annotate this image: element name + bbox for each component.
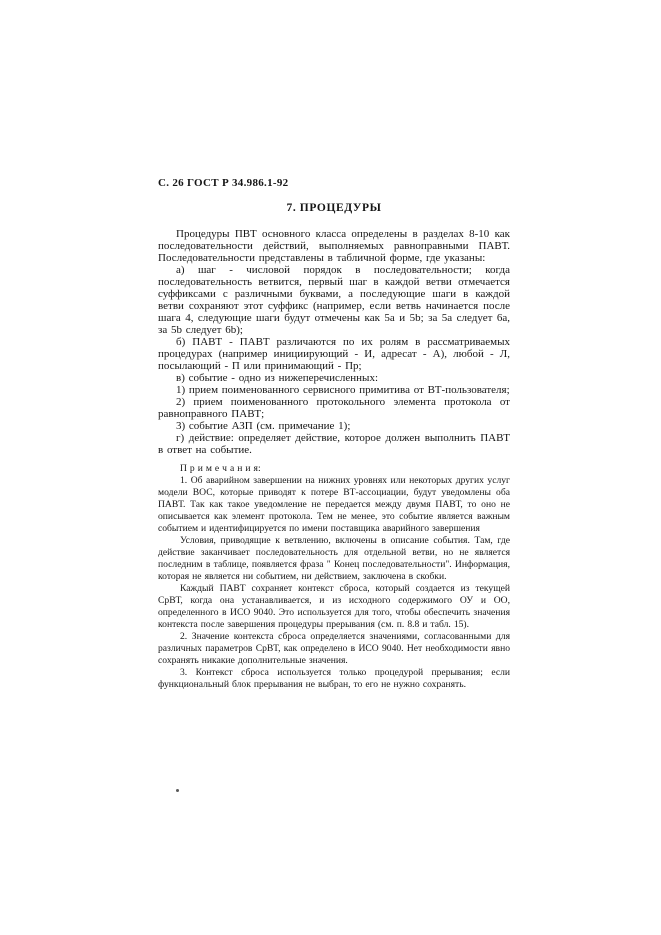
body-text: Процедуры ПВТ основного класса определен… (158, 228, 510, 456)
notes-section: П р и м е ч а н и я: 1. Об аварийном зав… (158, 463, 510, 691)
running-header: С. 26 ГОСТ Р 34.986.1-92 (158, 177, 510, 189)
paragraph-subitem-2: 2) прием поименованного протокольного эл… (158, 396, 510, 420)
paragraph-item-b: б) ПАВТ - ПАВТ различаются по их ролям в… (158, 336, 510, 372)
text-column: С. 26 ГОСТ Р 34.986.1-92 7. ПРОЦЕДУРЫ Пр… (158, 177, 510, 691)
note-1-continued: Условия, приводящие к ветвлению, включен… (158, 535, 510, 583)
note-2: 2. Значение контекста сброса определяетс… (158, 631, 510, 667)
notes-label: П р и м е ч а н и я: (158, 463, 510, 475)
section-title: 7. ПРОЦЕДУРЫ (158, 202, 510, 214)
paragraph-item-g: г) действие: определяет действие, которо… (158, 432, 510, 456)
note-1: 1. Об аварийном завершении на нижних уро… (158, 475, 510, 535)
document-page: С. 26 ГОСТ Р 34.986.1-92 7. ПРОЦЕДУРЫ Пр… (0, 0, 661, 935)
scan-artifact-dot (176, 789, 179, 792)
paragraph-item-v: в) событие - одно из нижеперечисленных: (158, 372, 510, 384)
paragraph-subitem-3: 3) событие АЗП (см. примечание 1); (158, 420, 510, 432)
note-3: 3. Контекст сброса используется только п… (158, 667, 510, 691)
paragraph-intro: Процедуры ПВТ основного класса определен… (158, 228, 510, 264)
note-1-continued-2: Каждый ПАВТ сохраняет контекст сброса, к… (158, 583, 510, 631)
paragraph-item-a: а) шаг - числовой порядок в последовател… (158, 264, 510, 336)
paragraph-subitem-1: 1) прием поименованного сервисного прими… (158, 384, 510, 396)
